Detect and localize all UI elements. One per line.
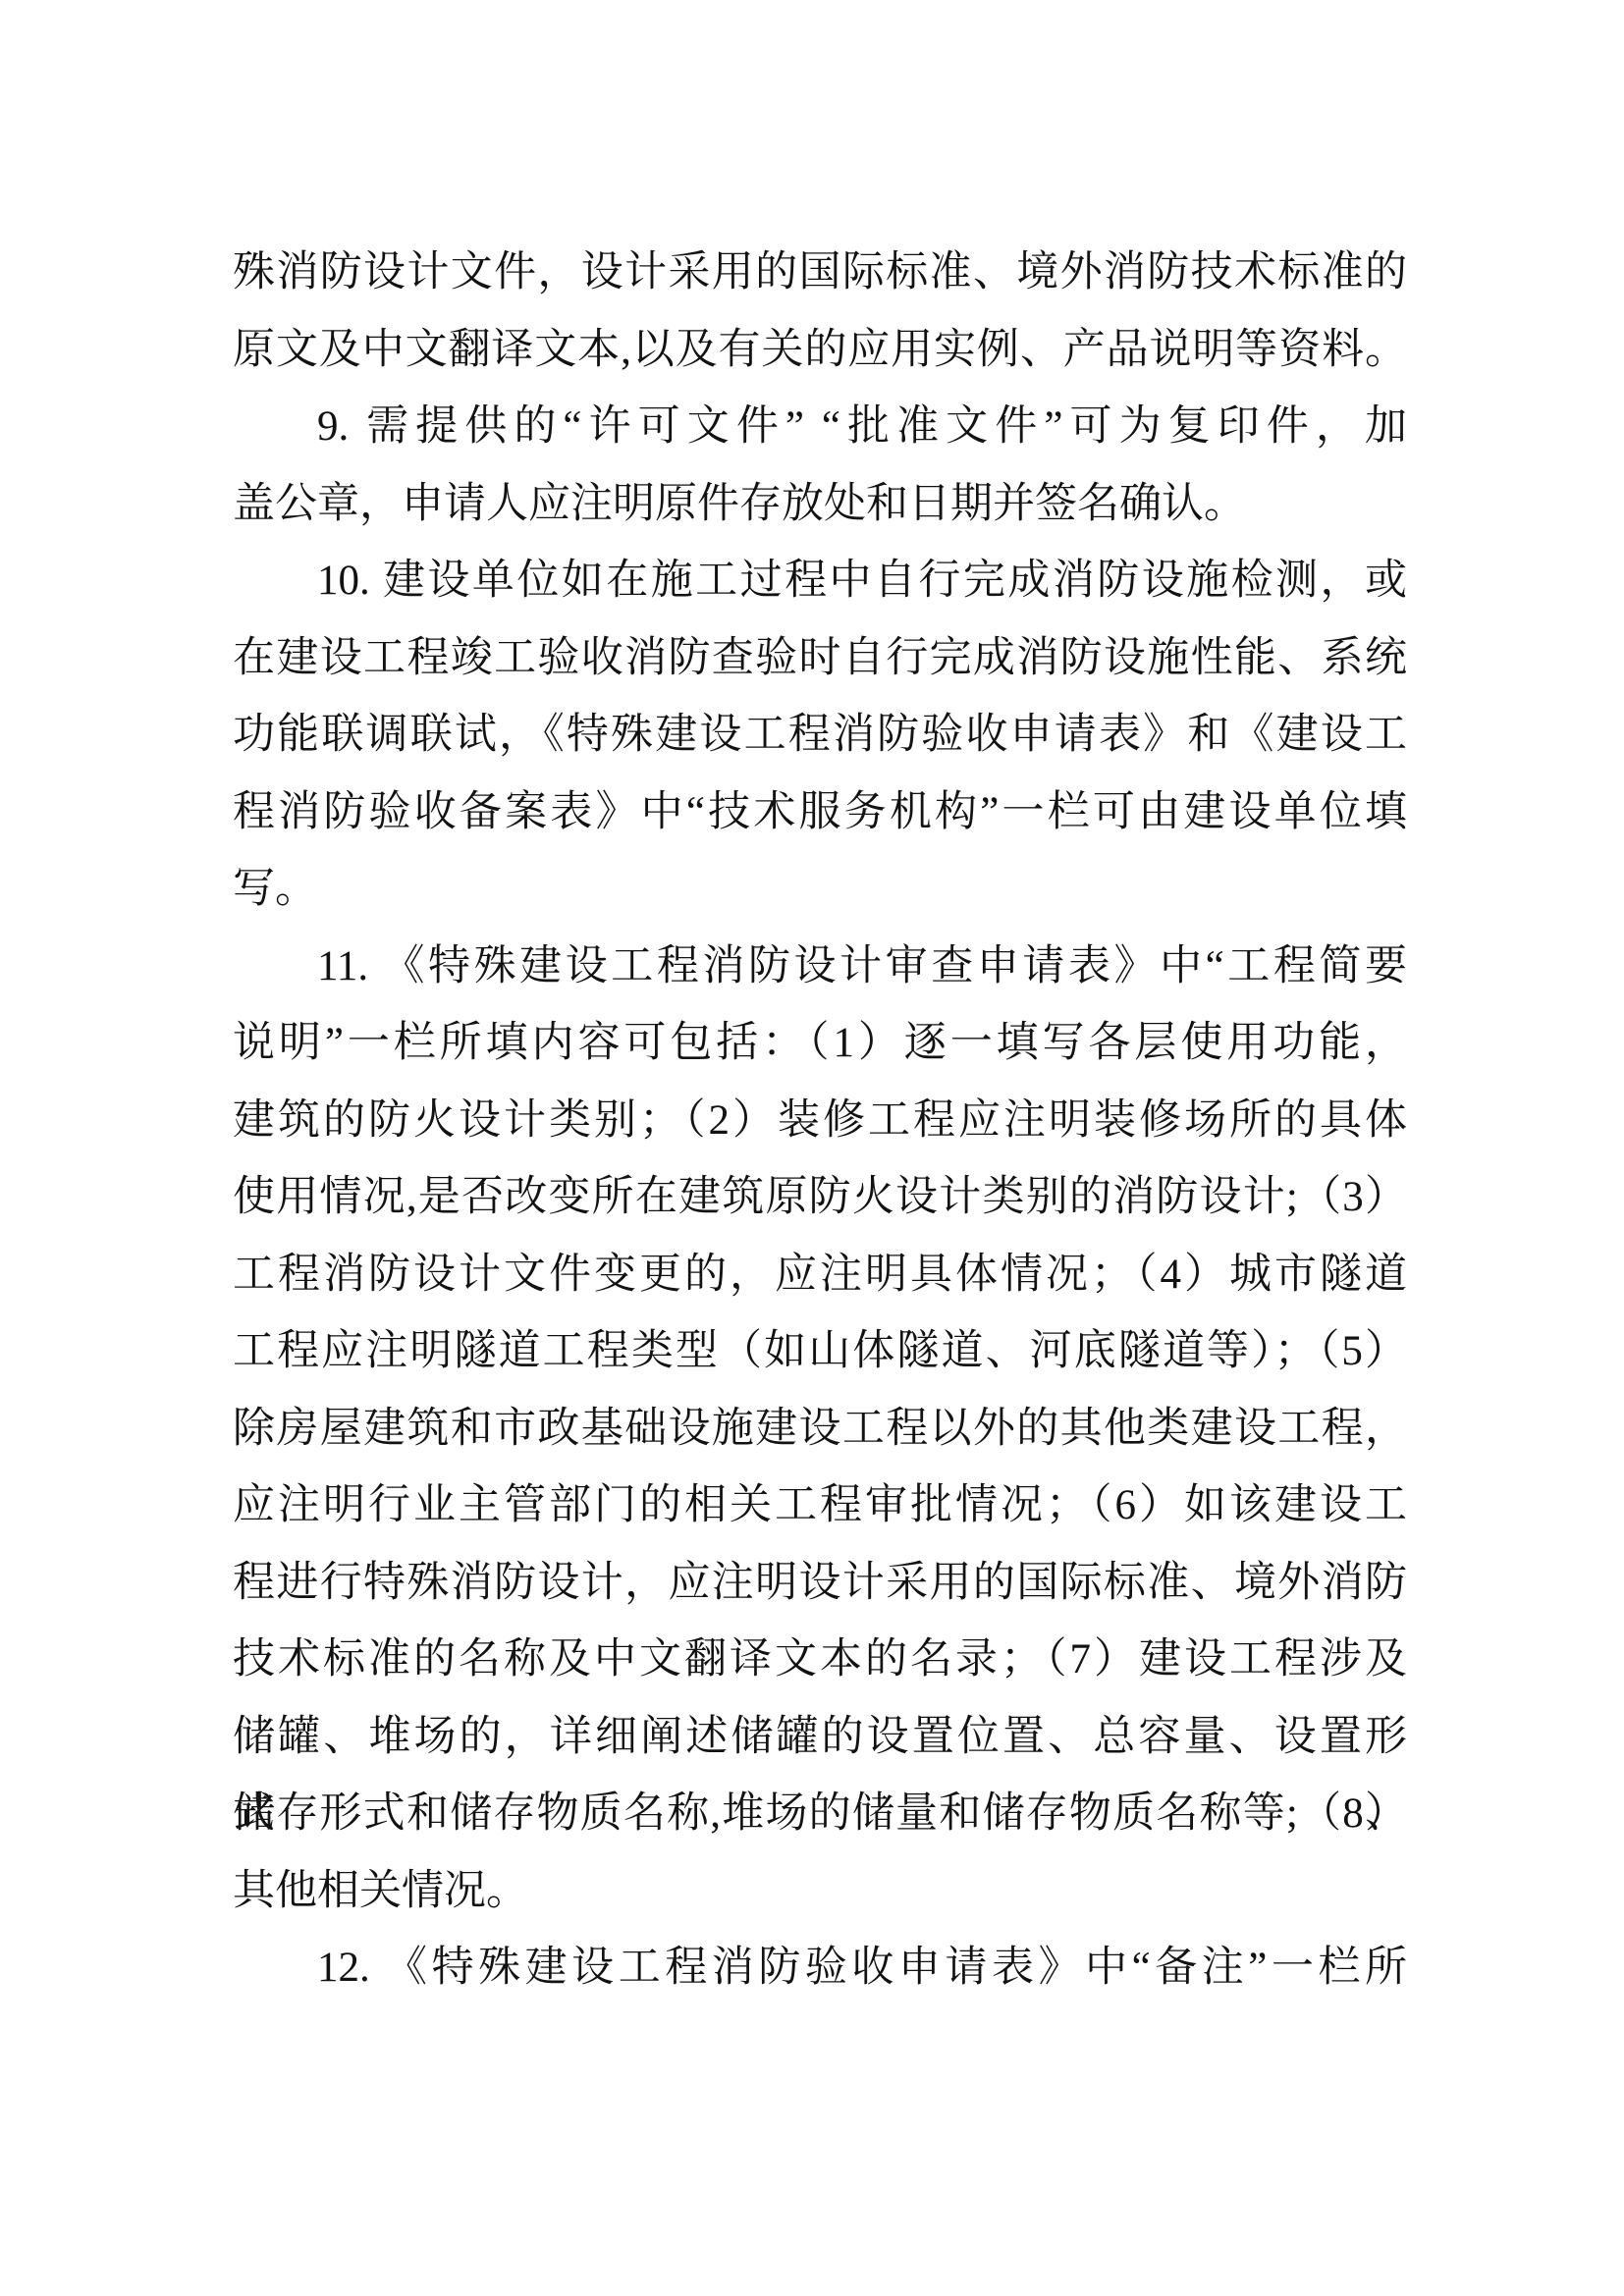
text-line: 12. 《特殊建设工程消防验收申请表》中“备注”一栏所 — [233, 1930, 1407, 2007]
text-line: 程进行特殊消防设计，应注明设计采用的国际标准、境外消防 — [233, 1545, 1407, 1623]
text-line: 工程应注明隧道工程类型（如山体隧道、河底隧道等）；（5） — [233, 1313, 1407, 1391]
text-line: 储存形式和储存物质名称,堆场的储量和储存物质名称等;（8） — [233, 1776, 1407, 1853]
text-line: 建筑的防火设计类别；（2）装修工程应注明装修场所的具体 — [233, 1083, 1407, 1160]
text-line: 10. 建设单位如在施工过程中自行完成消防设施检测，或 — [233, 543, 1407, 620]
text-line: 程消防验收备案表》中“技术服务机构”一栏可由建设单位填 — [233, 774, 1407, 852]
text-line: 功能联调联试，《特殊建设工程消防验收申请表》和《建设工 — [233, 697, 1407, 774]
text-line: 盖公章，申请人应注明原件存放处和日期并签名确认。 — [233, 466, 1407, 544]
text-line: 11. 《特殊建设工程消防设计审查申请表》中“工程简要 — [233, 929, 1407, 1006]
text-line: 工程消防设计文件变更的，应注明具体情况；（4）城市隧道 — [233, 1237, 1407, 1314]
text-line: 储罐、堆场的，详细阐述储罐的设置位置、总容量、设置形式、 — [233, 1699, 1407, 1777]
text-line: 9. 需提供的“许可文件” “批准文件”可为复印件，加 — [233, 389, 1407, 466]
document-page: 殊消防设计文件，设计采用的国际标准、境外消防技术标准的原文及中文翻译文本,以及有… — [0, 0, 1624, 2296]
text-line: 殊消防设计文件，设计采用的国际标准、境外消防技术标准的 — [233, 235, 1407, 312]
text-line: 应注明行业主管部门的相关工程审批情况；（6）如该建设工 — [233, 1468, 1407, 1545]
text-line: 技术标准的名称及中文翻译文本的名录；（7）建设工程涉及 — [233, 1622, 1407, 1699]
text-line: 在建设工程竣工验收消防查验时自行完成消防设施性能、系统 — [233, 620, 1407, 698]
text-line: 使用情况,是否改变所在建筑原防火设计类别的消防设计;（3） — [233, 1159, 1407, 1237]
text-line: 原文及中文翻译文本,以及有关的应用实例、产品说明等资料。 — [233, 312, 1407, 390]
text-line: 写。 — [233, 851, 1407, 929]
text-line: 其他相关情况。 — [233, 1853, 1407, 1931]
text-line: 说明”一栏所填内容可包括：（1）逐一填写各层使用功能， — [233, 1005, 1407, 1083]
text-line: 除房屋建筑和市政基础设施建设工程以外的其他类建设工程， — [233, 1391, 1407, 1468]
document-text-block: 殊消防设计文件，设计采用的国际标准、境外消防技术标准的原文及中文翻译文本,以及有… — [233, 235, 1407, 2007]
